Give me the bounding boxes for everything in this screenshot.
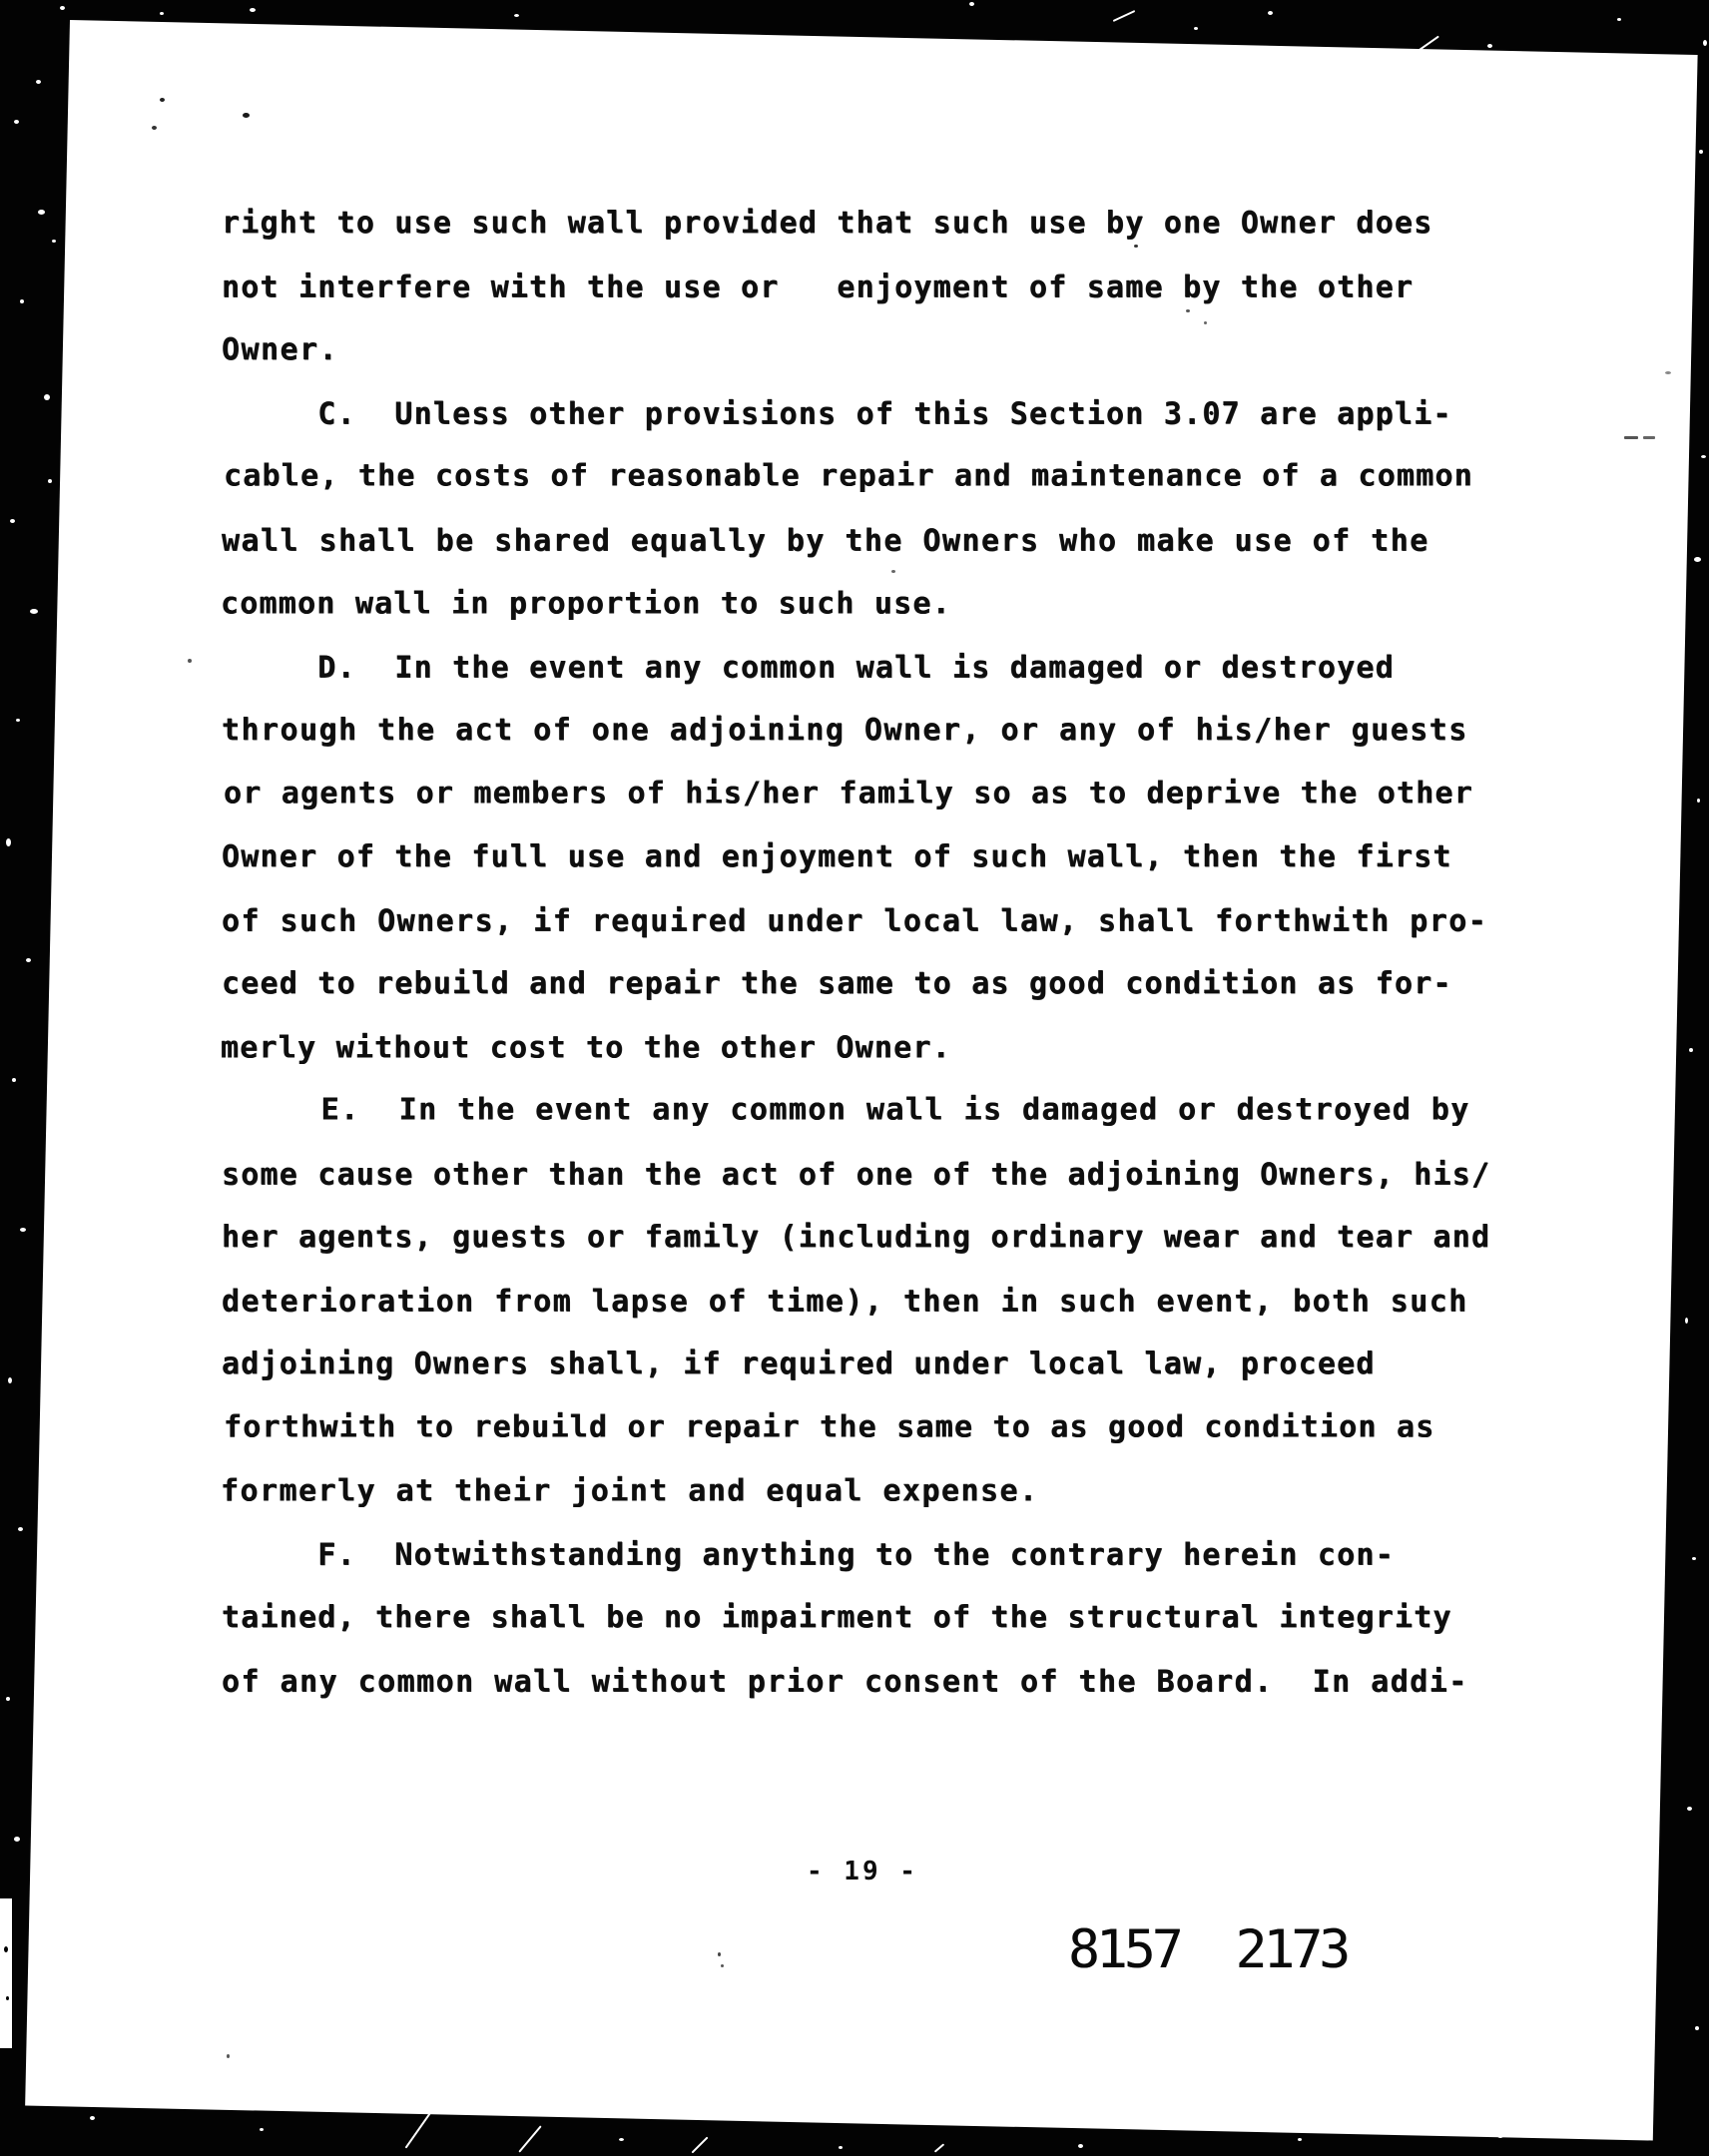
text-line: of such Owners, if required under local … xyxy=(222,889,1490,953)
scan-speckle xyxy=(891,570,895,573)
text-line: wall shall be shared equally by the Owne… xyxy=(222,509,1490,572)
typewritten-body-text: right to use such wall provided that suc… xyxy=(222,192,1490,1713)
scan-speckle xyxy=(692,2137,709,2154)
scan-speckle xyxy=(721,1964,724,1967)
text-line: ceed to rebuild and repair the same to a… xyxy=(222,952,1490,1016)
scan-speckle xyxy=(619,2138,624,2141)
scan-speckle xyxy=(1692,1557,1696,1560)
recorder-stamp-number: 8157 2173 xyxy=(1068,1923,1347,1976)
scan-speckle xyxy=(30,2056,35,2060)
scan-speckle xyxy=(1134,245,1138,248)
text-line: common wall in proportion to such use. xyxy=(221,572,1489,636)
scan-speckle xyxy=(1186,309,1190,312)
text-line: cable, the costs of reasonable repair an… xyxy=(224,444,1492,508)
scan-speckle xyxy=(514,14,519,17)
scan-speckle xyxy=(16,719,20,722)
text-line: tained, there shall be no impairment of … xyxy=(222,1586,1490,1650)
scan-speckle xyxy=(839,2146,843,2149)
text-line: forthwith to rebuild or repair the same … xyxy=(224,1395,1492,1459)
text-line: right to use such wall provided that suc… xyxy=(222,192,1490,256)
scanned-document-page: right to use such wall provided that suc… xyxy=(0,0,1709,2156)
scan-speckle xyxy=(60,6,65,10)
scan-speckle xyxy=(1703,40,1707,46)
scan-speckle xyxy=(227,2054,230,2058)
text-line: Owner of the full use and enjoyment of s… xyxy=(222,825,1490,889)
scan-speckle xyxy=(14,1837,20,1842)
text-line: through the act of one adjoining Owner, … xyxy=(222,699,1490,763)
scan-speckle xyxy=(1697,799,1700,803)
scan-speckle xyxy=(6,838,11,846)
scan-speckle xyxy=(1701,455,1706,458)
scan-speckle xyxy=(188,659,192,663)
scan-speckle xyxy=(1487,44,1492,48)
text-line: D. In the event any common wall is damag… xyxy=(222,636,1490,700)
scan-speckle xyxy=(8,1377,12,1383)
scan-speckle xyxy=(1113,10,1136,22)
scan-speckle xyxy=(36,80,41,84)
scan-speckle xyxy=(1298,2138,1302,2141)
text-line: formerly at their joint and equal expens… xyxy=(221,1459,1489,1523)
scan-speckle xyxy=(152,126,157,130)
text-line: Owner. xyxy=(222,318,1490,382)
scan-speckle xyxy=(20,299,24,303)
scan-speckle xyxy=(1687,1807,1692,1811)
scan-speckle xyxy=(14,120,19,124)
scan-speckle xyxy=(1078,2144,1083,2148)
page-number: - 19 - xyxy=(807,1859,918,1885)
scan-speckle xyxy=(18,1527,23,1531)
text-line: of any common wall without prior consent… xyxy=(222,1650,1490,1714)
scan-speckle xyxy=(6,1697,10,1701)
scan-speckle xyxy=(1699,150,1703,154)
scanner-edge-sliver xyxy=(0,1898,12,2048)
scan-speckle xyxy=(1665,371,1671,374)
scan-speckle xyxy=(718,1952,721,1956)
text-line: adjoining Owners shall, if required unde… xyxy=(222,1333,1490,1396)
text-line: E. In the event any common wall is damag… xyxy=(224,1078,1492,1142)
scan-speckle xyxy=(1689,1048,1693,1052)
scan-speckle xyxy=(30,609,38,614)
text-line: or agents or members of his/her family s… xyxy=(224,762,1492,825)
text-line: deterioration from lapse of time), then … xyxy=(222,1270,1490,1334)
scan-speckle xyxy=(518,2125,541,2152)
scan-speckle xyxy=(38,210,45,215)
scan-speckle xyxy=(44,394,50,400)
scan-speckle xyxy=(4,1946,8,1952)
text-line: her agents, guests or family (including … xyxy=(222,1206,1490,1270)
scan-speckle xyxy=(26,958,31,962)
text-line: F. Notwithstanding anything to the contr… xyxy=(222,1523,1490,1587)
scan-speckle xyxy=(160,12,164,15)
text-line: not interfere with the use or enjoyment … xyxy=(222,256,1490,319)
scan-speckle xyxy=(20,1228,26,1232)
scan-speckle xyxy=(1643,436,1655,439)
text-line: C. Unless other provisions of this Secti… xyxy=(222,382,1490,446)
scan-speckle xyxy=(969,2,974,6)
scan-speckle xyxy=(1268,11,1273,15)
scan-speckle xyxy=(6,1996,9,2000)
text-line: merly without cost to the other Owner. xyxy=(221,1016,1489,1080)
scan-speckle xyxy=(260,2128,264,2131)
scan-speckle xyxy=(1685,1318,1688,1324)
scan-speckle xyxy=(160,98,165,102)
scan-speckle xyxy=(1694,557,1701,562)
scan-speckle xyxy=(243,113,250,118)
scan-speckle xyxy=(1194,27,1198,30)
scan-speckle xyxy=(48,479,52,483)
scan-speckle xyxy=(1497,2134,1503,2138)
scan-speckle xyxy=(1695,2026,1699,2030)
scan-speckle xyxy=(405,2111,432,2148)
scan-speckle xyxy=(4,1956,8,1966)
scan-speckle xyxy=(1617,18,1621,21)
scan-speckle xyxy=(90,2116,95,2120)
scan-speckle xyxy=(52,240,56,243)
scan-speckle xyxy=(250,8,256,12)
scan-speckle xyxy=(934,2143,944,2152)
scan-speckle xyxy=(1204,321,1207,324)
scan-speckle xyxy=(10,519,15,523)
scan-speckle xyxy=(1624,436,1638,439)
text-line: some cause other than the act of one of … xyxy=(222,1143,1490,1207)
scan-speckle xyxy=(12,1078,16,1082)
